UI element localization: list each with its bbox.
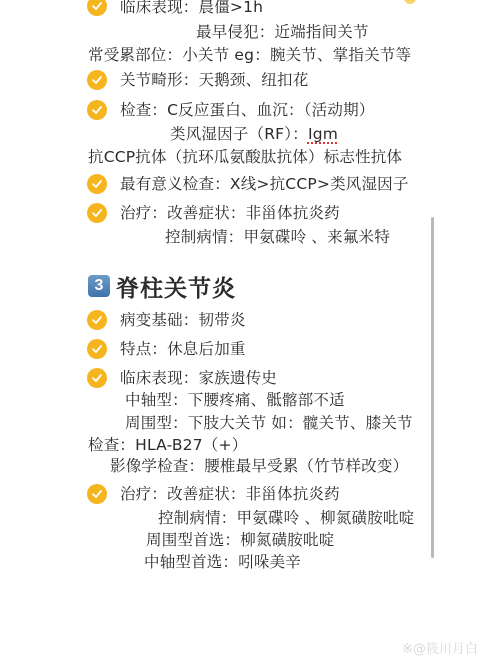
- section-heading: 3 脊柱关节炎: [88, 270, 236, 302]
- imaging-exam-line: 影像学检查：腰椎最早受累（竹节样改变）: [110, 456, 408, 476]
- treatment-symptom-line: 治疗：改善症状：非甾体抗炎药: [120, 484, 340, 504]
- commonly-affected-line: 常受累部位：小关节 eg：腕关节、掌指关节等: [88, 45, 411, 65]
- clinical-presentation-line: 临床表现：晨僵>1h: [120, 0, 263, 17]
- spellcheck-flagged-word: Igm: [308, 125, 338, 143]
- rheumatoid-factor-line: 类风湿因子（RF）：Igm: [170, 124, 338, 144]
- treatment-symptom-line: 治疗：改善症状：非甾体抗炎药: [120, 203, 340, 223]
- joint-deformity-line: 关节畸形：天鹅颈、纽扣花: [120, 70, 308, 90]
- peripheral-first-choice-line: 周围型首选：柳氮磺胺吡啶: [146, 530, 334, 550]
- exam-crp-esr-line: 检查：C反应蛋白、血沉：（活动期）: [120, 100, 374, 120]
- vertical-scrollbar[interactable]: [431, 217, 434, 558]
- peripheral-type-line: 周围型：下肢大关节 如：髋关节、膝关节: [125, 413, 413, 433]
- axial-type-line: 中轴型：下腰疼痛、骶髂部不适: [125, 390, 345, 410]
- check-icon: [87, 310, 107, 330]
- check-icon: [87, 100, 107, 120]
- exam-hla-line: 检查：HLA-B27（+）: [88, 435, 247, 455]
- pathology-basis-line: 病变基础：韧带炎: [120, 310, 246, 330]
- check-icon: [87, 0, 107, 16]
- check-icon: [87, 174, 107, 194]
- most-significant-exam-line: 最有意义检查：X线>抗CCP>类风湿因子: [120, 174, 409, 194]
- treatment-control-line: 控制病情：甲氨碟呤 、来氟米特: [165, 227, 390, 247]
- clinical-presentation-line: 临床表现：家族遗传史: [120, 368, 277, 388]
- watermark: ※@筱川月白: [402, 638, 478, 657]
- check-icon: [87, 339, 107, 359]
- treatment-control-line: 控制病情：甲氨碟呤 、柳氮磺胺吡啶: [158, 508, 414, 528]
- number-3-badge-icon: 3: [88, 275, 110, 297]
- check-icon: [87, 368, 107, 388]
- section-title: 脊柱关节炎: [116, 270, 236, 303]
- check-icon: [87, 203, 107, 223]
- earliest-invasion-line: 最早侵犯：近端指间关节: [196, 22, 369, 42]
- anti-ccp-line: 抗CCP抗体（抗环瓜氨酸肽抗体）标志性抗体: [88, 147, 402, 167]
- axial-first-choice-line: 中轴型首选：吲哚美辛: [144, 552, 301, 572]
- partial-check-icon: [404, 0, 416, 4]
- feature-line: 特点：休息后加重: [120, 339, 246, 359]
- rf-label: 类风湿因子（RF）：: [170, 125, 308, 143]
- check-icon: [87, 484, 107, 504]
- check-icon: [87, 70, 107, 90]
